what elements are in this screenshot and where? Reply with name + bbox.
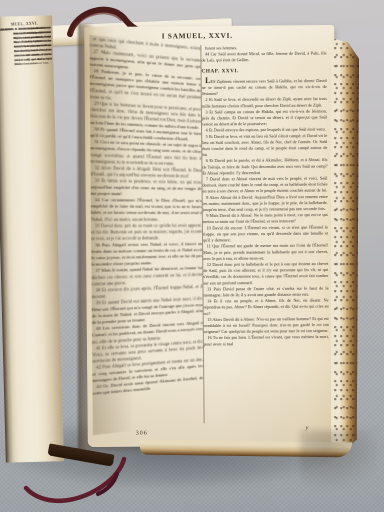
text-columns: et que ceux qui cherchent à nuire à mons… [94, 44, 329, 424]
chapter-heading: CHAP. XXVI. [202, 67, 327, 74]
column-right: furent ses femmes.44 Car Saül avoit donn… [200, 44, 329, 423]
right-page-french: I SAMUEL, XXVI. et que ceux qui cherchen… [84, 25, 338, 447]
chap25-ending: furent ses femmes.44 Car Saül avoit donn… [201, 44, 326, 63]
bookmark-ribbon-bottom-icon [14, 450, 154, 512]
column-right-text: furent ses femmes.44 Car Saül avoit donn… [201, 44, 329, 347]
fore-edge-pages [331, 38, 359, 452]
bottom-right-shadow [300, 430, 384, 490]
column-left: et que ceux qui cherchent à nuire à mons… [89, 35, 203, 435]
photo-open-bible: MUEL, XXVI. B. C. 1060.a ch. 23.19.Ps. 5… [0, 0, 384, 512]
page-number: 306 [136, 431, 148, 437]
chap26-verses: LES Ziphiens vinrent encore vers Saül à … [202, 77, 329, 347]
column-left-shading [89, 35, 203, 435]
